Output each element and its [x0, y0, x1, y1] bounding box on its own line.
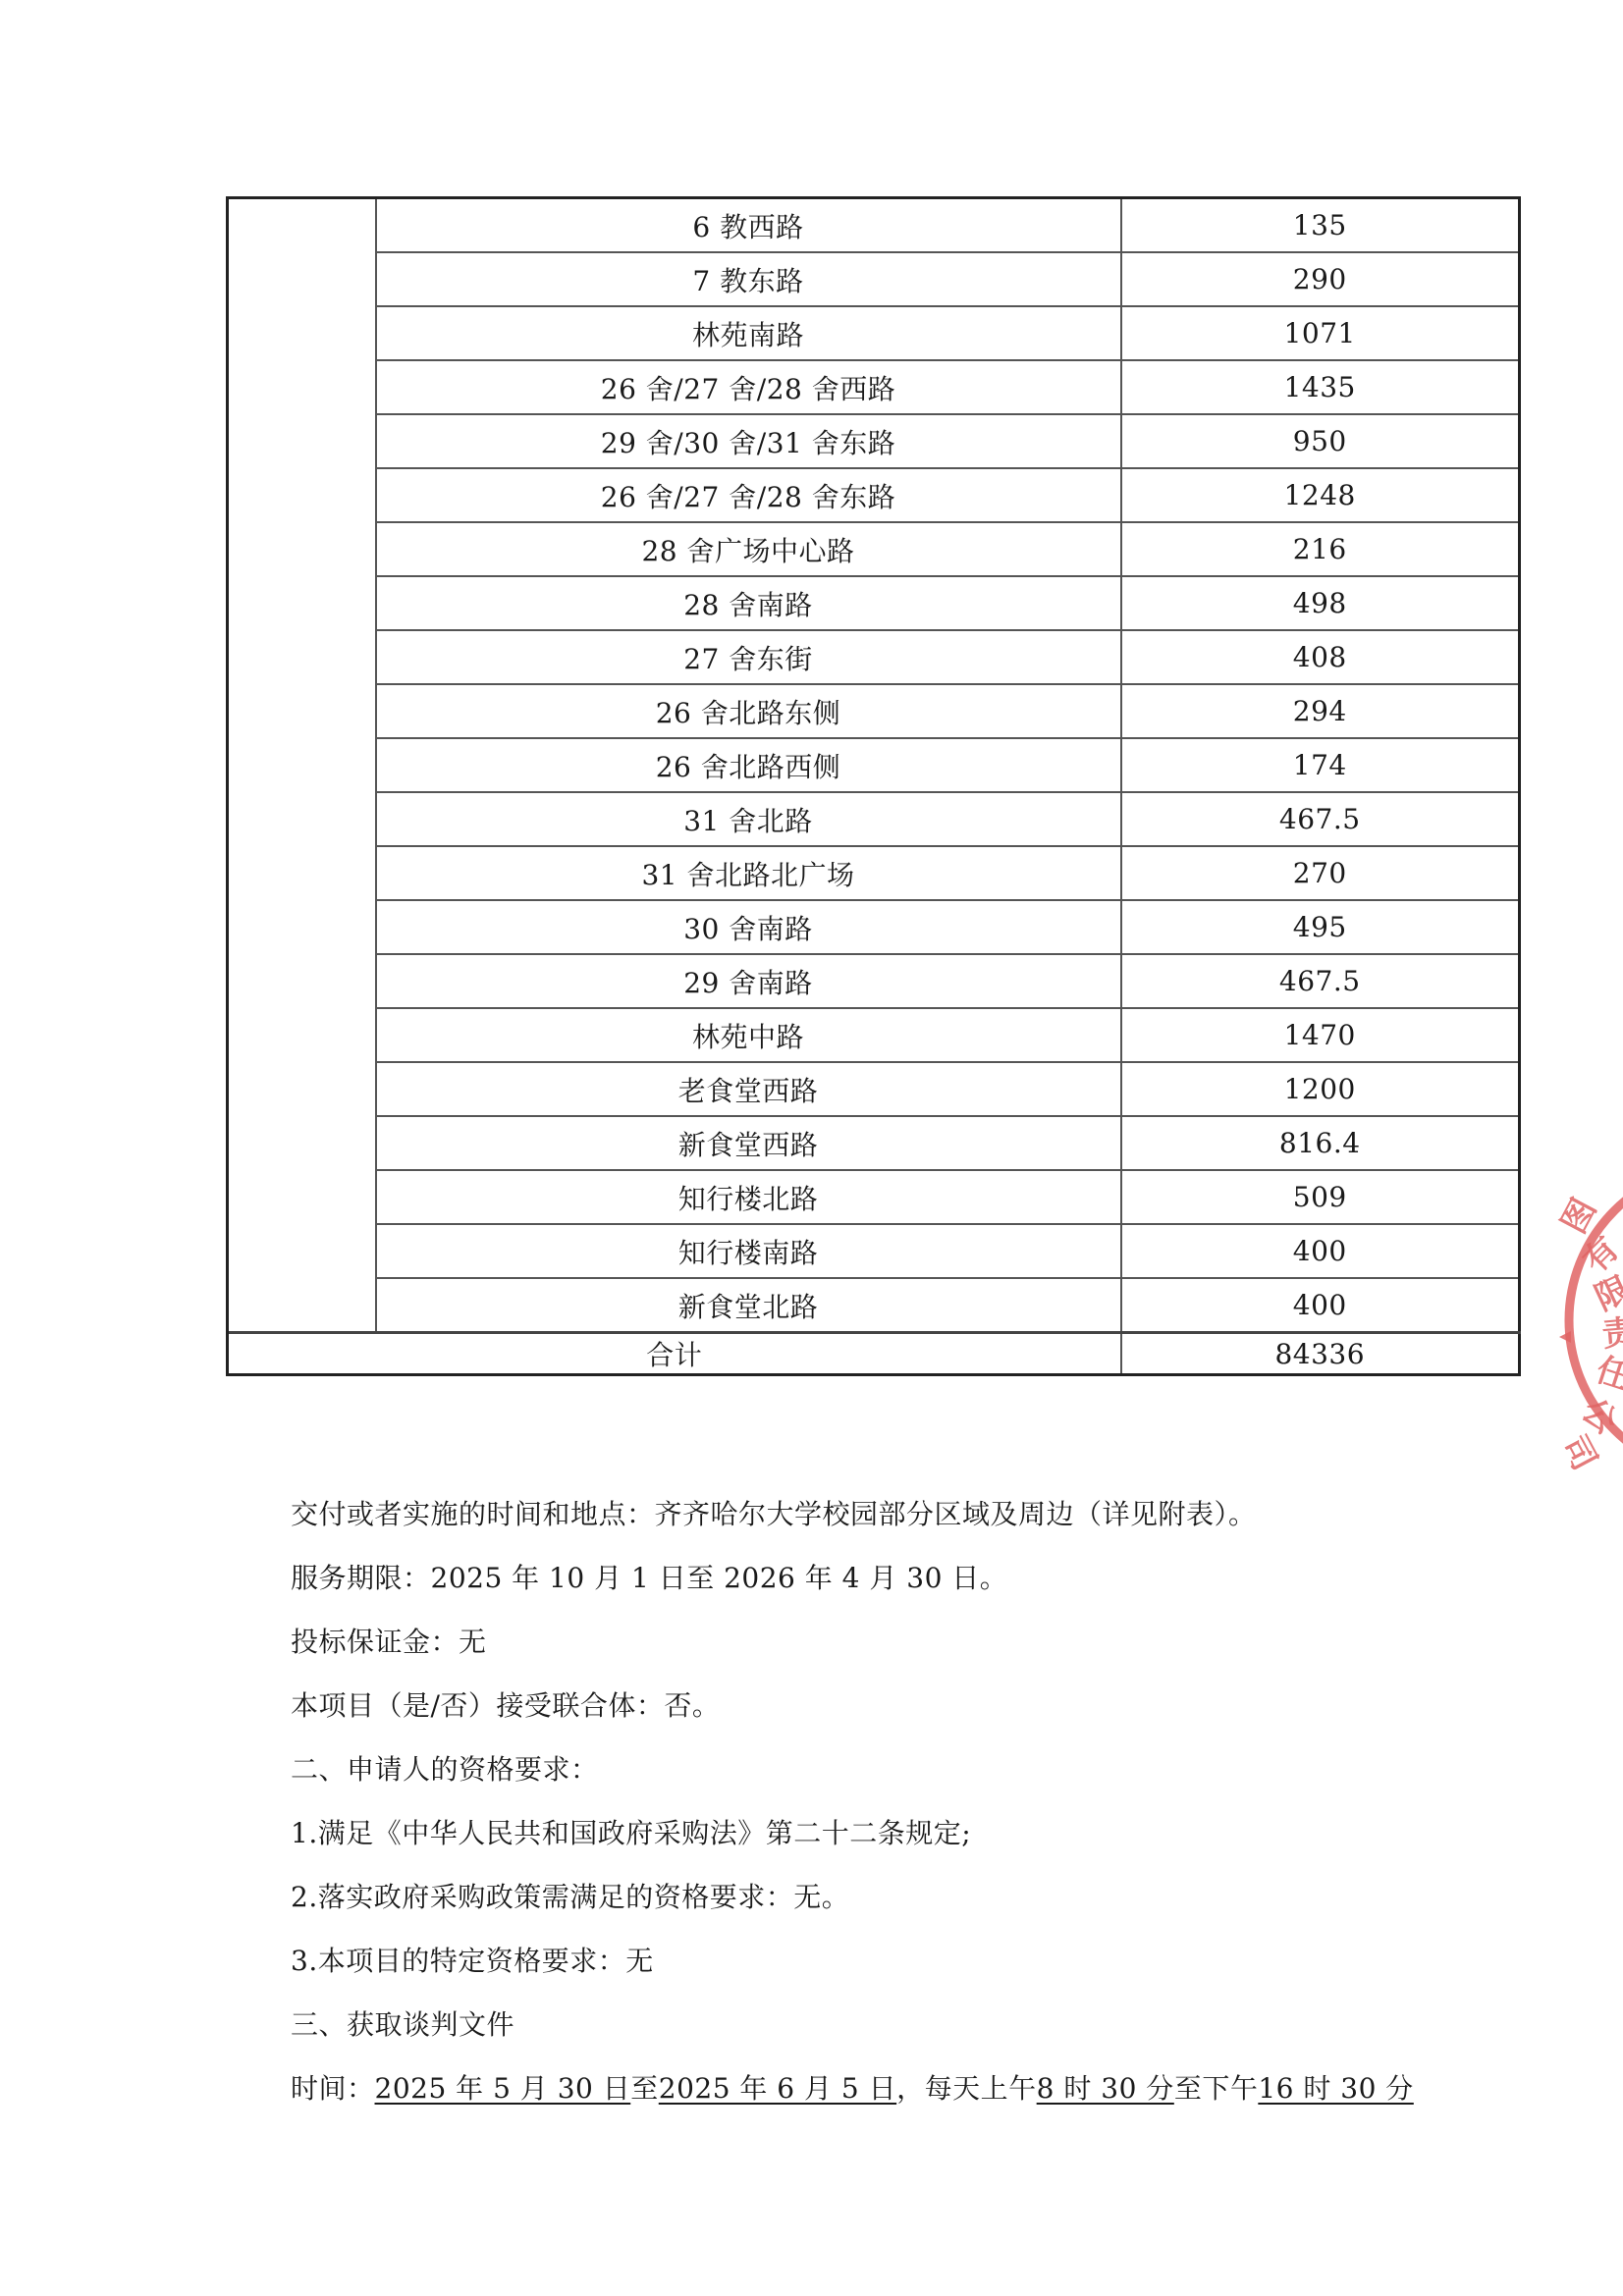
group-cell [228, 198, 376, 1333]
table-row: 26 舍北路西侧 174 [228, 738, 1520, 792]
area-value: 294 [1121, 684, 1520, 738]
road-name: 老食堂西路 [376, 1062, 1121, 1116]
area-value: 216 [1121, 522, 1520, 576]
road-name: 26 舍北路西侧 [376, 738, 1121, 792]
table-row: 26 舍北路东侧 294 [228, 684, 1520, 738]
table-row: 29 舍/30 舍/31 舍东路 950 [228, 414, 1520, 468]
road-name: 26 舍/27 舍/28 舍东路 [376, 468, 1121, 522]
route-area-table: 6 教西路 135 7 教东路 290 林苑南路 1071 26 舍/27 舍/… [226, 196, 1521, 1376]
table-row: 6 教西路 135 [228, 198, 1520, 253]
area-value: 1435 [1121, 360, 1520, 414]
consortium-policy: 本项目（是/否）接受联合体：否。 [291, 1674, 1518, 1737]
document-page: 6 教西路 135 7 教东路 290 林苑南路 1071 26 舍/27 舍/… [0, 0, 1623, 2296]
requirement-2: 2.落实政府采购政策需满足的资格要求：无。 [291, 1865, 1518, 1929]
table-row: 林苑南路 1071 [228, 306, 1520, 360]
svg-text:图: 图 [1557, 1192, 1604, 1240]
svg-text:任: 任 [1592, 1350, 1623, 1398]
section-heading-qualifications: 二、申请人的资格要求： [291, 1737, 1518, 1801]
requirement-1: 1.满足《中华人民共和国政府采购法》第二十二条规定; [291, 1801, 1518, 1865]
area-value: 495 [1121, 900, 1520, 954]
area-value: 1470 [1121, 1008, 1520, 1062]
table-row: 新食堂西路 816.4 [228, 1116, 1520, 1170]
table-row: 老食堂西路 1200 [228, 1062, 1520, 1116]
area-value: 135 [1121, 198, 1520, 253]
service-period: 服务期限：2025 年 10 月 1 日至 2026 年 4 月 30 日。 [291, 1546, 1518, 1610]
table-row: 28 舍南路 498 [228, 576, 1520, 630]
bid-bond: 投标保证金：无 [291, 1610, 1518, 1674]
table-row: 26 舍/27 舍/28 舍东路 1248 [228, 468, 1520, 522]
area-value: 1248 [1121, 468, 1520, 522]
svg-text:公: 公 [1574, 1391, 1623, 1442]
area-value: 950 [1121, 414, 1520, 468]
table-row: 林苑中路 1470 [228, 1008, 1520, 1062]
area-value: 467.5 [1121, 954, 1520, 1008]
road-name: 29 舍/30 舍/31 舍东路 [376, 414, 1121, 468]
end-date: 2025 年 6 月 5 日 [659, 2072, 896, 2105]
area-value: 290 [1121, 252, 1520, 306]
body-text: 交付或者实施的时间和地点：齐齐哈尔大学校园部分区域及周边（详见附表）。 服务期限… [291, 1482, 1518, 2120]
time-line: 时间：2025 年 5 月 30 日至2025 年 6 月 5 日，每天上午8 … [291, 2056, 1518, 2120]
total-row: 合计 84336 [228, 1333, 1520, 1375]
start-time: 8 时 30 分 [1037, 2072, 1174, 2105]
end-time: 16 时 30 分 [1258, 2072, 1413, 2105]
area-value: 816.4 [1121, 1116, 1520, 1170]
road-name: 28 舍广场中心路 [376, 522, 1121, 576]
requirement-3: 3.本项目的特定资格要求：无 [291, 1929, 1518, 1993]
to-afternoon-text: 至下午 [1174, 2072, 1259, 2105]
table-row: 27 舍东街 408 [228, 630, 1520, 684]
road-name: 知行楼南路 [376, 1224, 1121, 1278]
area-value: 1200 [1121, 1062, 1520, 1116]
road-name: 30 舍南路 [376, 900, 1121, 954]
table-row: 31 舍北路北广场 270 [228, 846, 1520, 900]
road-name: 7 教东路 [376, 252, 1121, 306]
time-prefix: 时间： [291, 2072, 375, 2105]
delivery-location: 交付或者实施的时间和地点：齐齐哈尔大学校园部分区域及周边（详见附表）。 [291, 1482, 1518, 1546]
start-date: 2025 年 5 月 30 日 [375, 2072, 631, 2105]
road-name: 26 舍/27 舍/28 舍西路 [376, 360, 1121, 414]
table-row: 知行楼南路 400 [228, 1224, 1520, 1278]
road-name: 31 舍北路 [376, 792, 1121, 846]
company-seal-stamp: 图 有 限 责 任 公 司 [1557, 1158, 1623, 1482]
road-name: 28 舍南路 [376, 576, 1121, 630]
road-name: 26 舍北路东侧 [376, 684, 1121, 738]
to-text: 至 [630, 2072, 659, 2105]
area-value: 400 [1121, 1278, 1520, 1333]
area-value: 467.5 [1121, 792, 1520, 846]
table-row: 31 舍北路 467.5 [228, 792, 1520, 846]
area-value: 408 [1121, 630, 1520, 684]
area-value: 509 [1121, 1170, 1520, 1224]
road-name: 新食堂北路 [376, 1278, 1121, 1333]
table-row: 30 舍南路 495 [228, 900, 1520, 954]
area-value: 270 [1121, 846, 1520, 900]
road-name: 林苑中路 [376, 1008, 1121, 1062]
road-name: 知行楼北路 [376, 1170, 1121, 1224]
total-label: 合计 [228, 1333, 1121, 1375]
table-row: 新食堂北路 400 [228, 1278, 1520, 1333]
daily-text: ，每天上午 [896, 2072, 1037, 2105]
svg-text:限: 限 [1590, 1269, 1623, 1319]
svg-text:责: 责 [1600, 1312, 1623, 1355]
area-value: 498 [1121, 576, 1520, 630]
area-value: 174 [1121, 738, 1520, 792]
svg-text:司: 司 [1557, 1429, 1604, 1477]
road-name: 29 舍南路 [376, 954, 1121, 1008]
road-name: 31 舍北路北广场 [376, 846, 1121, 900]
table-row: 26 舍/27 舍/28 舍西路 1435 [228, 360, 1520, 414]
table-row: 28 舍广场中心路 216 [228, 522, 1520, 576]
road-name: 林苑南路 [376, 306, 1121, 360]
road-name: 6 教西路 [376, 198, 1121, 253]
table-row: 29 舍南路 467.5 [228, 954, 1520, 1008]
section-heading-obtain-documents: 三、获取谈判文件 [291, 1993, 1518, 2056]
area-value: 400 [1121, 1224, 1520, 1278]
road-name: 新食堂西路 [376, 1116, 1121, 1170]
total-value: 84336 [1121, 1333, 1520, 1375]
area-value: 1071 [1121, 306, 1520, 360]
table-row: 7 教东路 290 [228, 252, 1520, 306]
road-name: 27 舍东街 [376, 630, 1121, 684]
svg-text:有: 有 [1576, 1229, 1623, 1280]
table-row: 知行楼北路 509 [228, 1170, 1520, 1224]
